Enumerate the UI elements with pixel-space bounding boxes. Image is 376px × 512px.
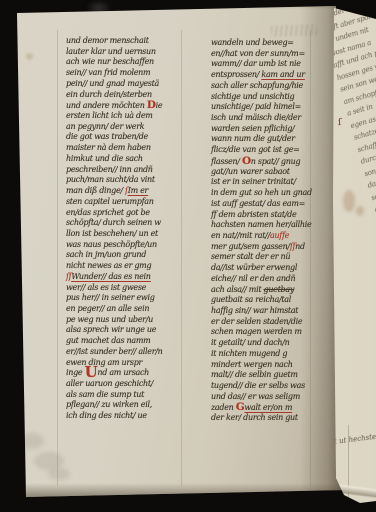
text-segment: ich ding des nicht/ ue <box>66 411 147 420</box>
text-segment: warden seien pflichig/ <box>211 124 294 133</box>
stain <box>343 190 355 212</box>
text-segment: wamm// dar umb ist nie <box>211 59 301 68</box>
text-segment: sichtige und unsichtig <box>211 92 294 101</box>
manuscript-line: und demor menschait <box>66 36 186 47</box>
text-segment: gut machet das namm <box>66 336 150 345</box>
text-segment: er der selden staden/die <box>211 317 302 326</box>
text-segment: wer// als es ist gwese <box>66 283 146 292</box>
text-segment: en nat//mit rat// <box>211 231 270 240</box>
fore-edge <box>334 484 376 498</box>
rubric-segment: U <box>85 363 98 381</box>
text-segment: en peger// an alle sein <box>66 304 149 313</box>
facing-page-bottom-line: t ut hechste g <box>334 432 376 446</box>
page-bottom-edge <box>14 483 348 497</box>
text-segment: flassen/ <box>211 157 242 166</box>
text-segment: ach wie nur beschaffen <box>66 57 154 66</box>
text-segment: mer gut/sem gassen/ <box>211 242 290 251</box>
rubric-segment: auffe <box>270 231 289 240</box>
manuscript-line: himkut und die sach <box>66 154 186 165</box>
text-segment: ewen ding am urspr <box>66 358 142 367</box>
rubric-segment: Im er <box>128 186 148 195</box>
text-segment: was naus peschöpfte/un <box>66 240 157 249</box>
text-segment: mindert wergen nach <box>211 360 293 369</box>
text-segment: hachsten namen her/allhie <box>211 220 311 229</box>
text-segment: ist er in seiner trinitat/ <box>211 177 296 186</box>
text-segment: schen magen werden m <box>211 327 302 336</box>
manuscript-line: die got was traben/de <box>66 132 186 143</box>
text-segment: sach in jm/uon grund <box>66 250 146 259</box>
text-segment: man diß dinge/ <box>66 186 125 195</box>
text-segment: pus her// in seiner ewig <box>66 293 155 302</box>
text-segment: guetbait sa reicha/tal <box>211 295 291 304</box>
manuscript-line: sach in jm/uon grund <box>66 250 186 261</box>
text-segment: zaden <box>211 403 236 412</box>
text-segment: semer stalt der er nü <box>211 252 290 261</box>
rubric-segment: O <box>242 155 251 167</box>
page-top-edge <box>10 2 340 9</box>
rubric-segment: D <box>147 99 156 111</box>
manuscript-line: inge Und am ursach <box>66 368 186 379</box>
text-segment: aller uaruon geschicht/ <box>66 379 153 388</box>
manuscript-line: ewen ding am urspr <box>66 358 186 369</box>
text-segment: und das// er was seligm <box>211 392 300 401</box>
manuscript-line: an pegynn/ der werk <box>66 122 186 133</box>
text-segment: pein// und gnad mayestä <box>66 79 159 88</box>
manuscript-line: pe weg nus und uber/u <box>66 315 186 326</box>
left-page: und demor menschaitlauter klar und uerns… <box>0 0 376 512</box>
text-segment: ist auff gestat/ das eam= <box>211 199 305 208</box>
text-segment: unsichtige/ paid himel= <box>211 102 301 111</box>
manuscript-line: peschreiben// inn andñ <box>66 165 186 176</box>
manuscript-line: alsa sprech wir unge ue <box>66 325 186 336</box>
text-segment: sach aller schapfung/hie <box>211 81 303 90</box>
text-segment: himkut und die sach <box>66 154 143 163</box>
text-segment: en//hat von der sunn/m= <box>211 49 305 58</box>
smudge <box>48 468 70 480</box>
text-segment: entsprossen/ <box>211 70 261 79</box>
text-segment: da//ist würber erwengl <box>211 263 297 272</box>
text-segment: lauter klar und uernsun <box>66 47 156 56</box>
text-segment: sein// van frid molenm <box>66 68 150 77</box>
text-segment: in dem gut so heh un gnad <box>211 188 312 197</box>
stain <box>24 52 35 61</box>
manuscript-line: puch/man sucht/da vint <box>66 175 186 186</box>
rubric-paraph: ſ <box>338 118 341 128</box>
manuscript-line: pflegan// zu wirken eil, <box>66 400 186 411</box>
manuscript-line: llon ist beschehen/ un et <box>66 229 186 240</box>
manuscript-line: wer// als es ist gwese <box>66 283 186 294</box>
text-segment: puch/man sucht/da vint <box>66 175 155 184</box>
manuscript-line: als sam die sump tut <box>66 390 186 401</box>
text-segment: pflegan// zu wirken eil, <box>66 400 152 409</box>
manuscript-line: man diß dinge/ ſIm er <box>66 186 186 197</box>
manuscript-line: sein// van frid molenm <box>66 68 186 79</box>
text-segment: ersten licht ich uà dem <box>66 111 153 120</box>
text-segment: llon ist beschehen/ un et <box>66 229 158 238</box>
text-segment: ach alsa// mit <box>211 285 264 294</box>
manuscript-line: schöpfta/ durch seinen w <box>66 218 186 229</box>
text-segment: wann num die gut/der <box>211 134 295 143</box>
text-segment: eiche// nil er den andñ <box>211 274 295 283</box>
text-segment: wandeln und beweg= <box>211 38 294 47</box>
manuscript-line: maister nà dem haben <box>66 143 186 154</box>
manuscript-line: gut machet das namm <box>66 336 186 347</box>
text-segment: n spat// gnug <box>251 157 301 166</box>
manuscript-line: lauter klar und uernsun <box>66 47 186 58</box>
text-segment: nd am ursach <box>97 368 149 377</box>
text-segment: haffig sin// war himstat <box>211 306 298 315</box>
manuscript-line: was naus peschöpfte/un <box>66 240 186 251</box>
text-segment: sten capitel uerumpfan <box>66 197 154 206</box>
text-segment: an pegynn/ der werk <box>66 122 144 131</box>
stain <box>356 206 364 216</box>
text-segment: er//ist sunder ber// aller/n <box>66 347 163 356</box>
text-segment: die got was traben/de <box>66 132 148 141</box>
text-segment: nicht newes as er gmg <box>66 261 151 270</box>
photo-backdrop: und demor menschaitlauter klar und uerns… <box>0 0 376 512</box>
text-segment: der ker/ durch sein gut <box>211 413 298 422</box>
manuscript-line: ersten licht ich uà dem <box>66 111 186 122</box>
manuscript-line: pein// und gnad mayestä <box>66 79 186 90</box>
text-segment: it nichten mugend g <box>211 349 287 358</box>
manuscript-line: ſſWunder// das es nein <box>66 272 186 283</box>
text-segment: ein durch dein/sterben <box>66 90 152 99</box>
text-segment: gat//un warer sabaot <box>211 167 290 176</box>
manuscript-line: en peger// an alle sein <box>66 304 186 315</box>
text-segment: ie <box>156 101 163 110</box>
manuscript-line: aller uaruon geschicht/ <box>66 379 186 390</box>
text-column-left: und demor menschaitlauter klar und uerns… <box>66 36 186 422</box>
manuscript-line: und andere möchten Die <box>66 100 186 111</box>
manuscript-line: en/das sprichet got be <box>66 208 186 219</box>
rubric-segment: walt er/on m <box>244 403 292 412</box>
text-segment: und andere möchten <box>66 101 147 110</box>
manuscript-line: ich ding des nicht/ ue <box>66 411 186 422</box>
text-segment: tugend// die er selbs was <box>211 381 305 390</box>
text-segment: inge <box>66 368 85 377</box>
smudge <box>18 433 44 449</box>
manuscript-line: er//ist sunder ber// aller/n <box>66 347 186 358</box>
text-segment: isch und mäisch die/der <box>211 113 301 122</box>
rubric-segment: Wunder// das es nein <box>71 272 150 281</box>
text-segment: und demor menschait <box>66 36 149 45</box>
text-segment: als sam die sump tut <box>66 390 144 399</box>
text-segment: flicz/die van got ist ge= <box>211 145 300 154</box>
text-segment: alsa sprech wir unge ue <box>66 325 156 334</box>
text-segment: malt// die selbin guetm <box>211 370 298 379</box>
manuscript-line: nicht newes as er gmg <box>66 261 186 272</box>
text-segment: pe weg nus und uber/u <box>66 315 153 324</box>
manuscript-line: sten capitel uerumpfan <box>66 197 186 208</box>
text-segment: it getailt/ und dach/n <box>211 338 289 347</box>
ruling-line <box>57 30 58 486</box>
text-segment: ff dem abristen stat/de <box>211 210 296 219</box>
text-segment: maister nà dem haben <box>66 143 151 152</box>
text-segment: peschreiben// inn andñ <box>66 165 153 174</box>
rubric-segment: kam and ur <box>261 70 304 79</box>
text-segment: en/das sprichet got be <box>66 208 150 217</box>
manuscript-line: pus her// in seiner ewig <box>66 293 186 304</box>
manuscript-line: ach wie nur beschaffen <box>66 57 186 68</box>
manuscript-line: ein durch dein/sterben <box>66 90 186 101</box>
rubric-segment: guetbay <box>264 285 295 294</box>
text-segment: schöpfta/ durch seinen w <box>66 218 161 227</box>
